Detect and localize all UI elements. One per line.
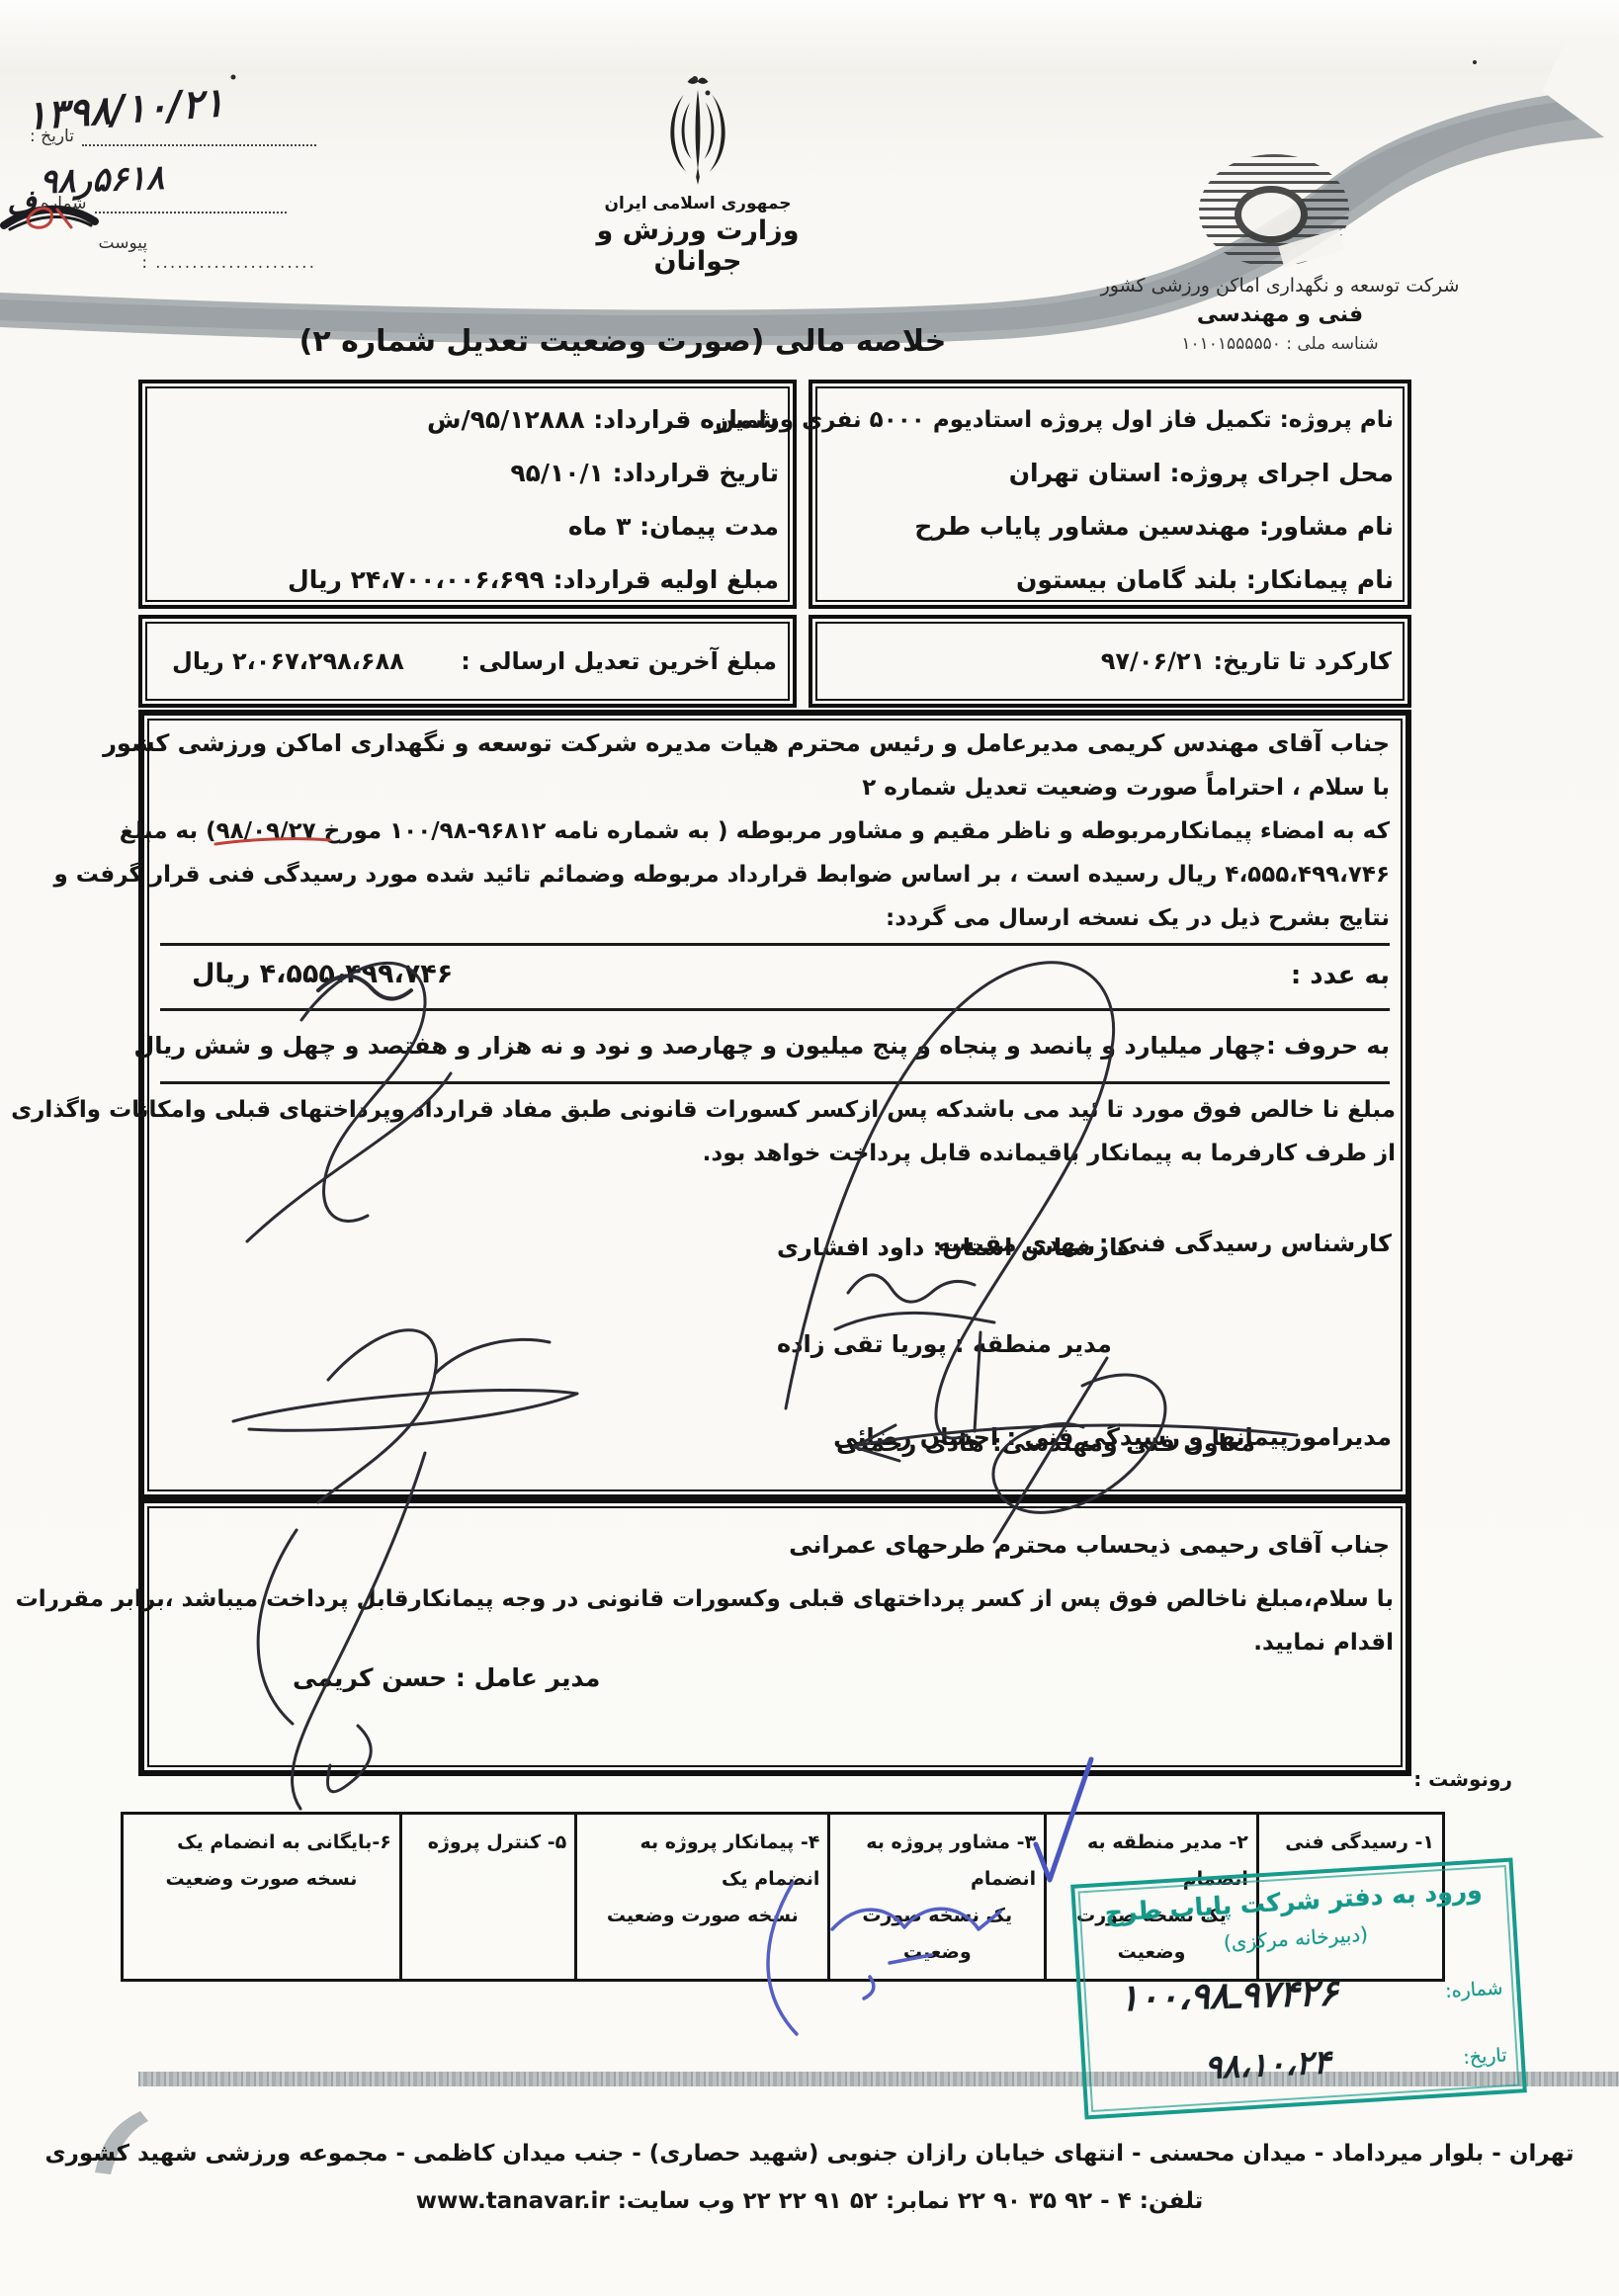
cc-item-line2: نسخه صورت وضعیت — [131, 1861, 391, 1898]
last-adjustment-value: ۲،۰۶۷،۲۹۸،۶۸۸ ریال — [172, 635, 404, 688]
separator-2 — [160, 1008, 1390, 1011]
handwritten-mark: ف — [4, 184, 40, 222]
entry-stamp: ورود به دفتر شرکت پایاب طرح (دبیرخانه مر… — [1070, 1858, 1527, 2120]
cc-item-line1: ۳- مشاور پروژه به انضمام — [838, 1825, 1036, 1898]
sig-label-province-expert: کارشناس استان: داود افشاری — [777, 1233, 1132, 1261]
note-line-2: از طرف کارفرما به پیمانکار باقیمانده قاب… — [703, 1141, 1396, 1166]
project-location: محل اجرای پروژه: استان تهران — [826, 447, 1394, 500]
company-name: شرکت توسعه و نگهداری اماکن ورزشی کشور — [1058, 275, 1502, 297]
footer-contacts: تلفن: ۴ - ۹۲ ۳۵ ۹۰ ۲۲ نمابر: ۵۲ ۹۱ ۲۲ ۲۲… — [0, 2188, 1619, 2214]
consultant-name: نام مشاور: مهندسین مشاور پایاب طرح — [826, 500, 1394, 553]
company-logo-icon — [1199, 154, 1349, 267]
body-line-5: نتایج بشرح ذیل در یک نسخه ارسال می گردد: — [886, 905, 1390, 931]
salutation: جناب آقای مهندس کریمی مدیرعامل و رئیس مح… — [103, 729, 1390, 757]
company-dept: فنی و مهندسی — [1058, 302, 1502, 327]
company-logo-hole — [1235, 186, 1308, 243]
attachment-dots: ...................... — [155, 253, 316, 273]
payment-note-1: با سلام،مبلغ ناخالص فوق پس از کسر پرداخت… — [16, 1586, 1394, 1612]
attachment-field: ...................... پیوست : — [104, 233, 316, 273]
amount-words: به حروف :چهار میلیارد و پانصد و پنجاه و … — [133, 1032, 1390, 1060]
contract-date: تاریخ قرارداد: ۹۵/۱۰/۱ — [156, 447, 779, 500]
worked-until: کارکرد تا تاریخ: ۹۷/۰۶/۲۱ — [1101, 635, 1392, 688]
footer-address: تهران - بلوار میرداماد - میدان محسنی - ا… — [0, 2141, 1619, 2167]
body-box: جناب آقای مهندس کریمی مدیرعامل و رئیس مح… — [138, 710, 1411, 1500]
cc-item-5: ۵- کنترل پروژه — [399, 1815, 574, 1979]
stamp-number-label: شماره: — [1445, 1977, 1503, 2002]
addressee-line: جناب آقای رحیمی ذیحساب محترم طرحهای عمرا… — [789, 1531, 1390, 1559]
contract-initial-amount: مبلغ اولیه قرارداد: ۲۴،۷۰۰،۰۰۶،۶۹۹ ریال — [156, 553, 779, 607]
worked-until-box: کارکرد تا تاریخ: ۹۷/۰۶/۲۱ — [809, 615, 1411, 708]
contract-info-box: شماره قرارداد: ۹۵/۱۲۸۸۸/ش تاریخ قرارداد:… — [138, 380, 797, 609]
stamp-date-label: تاریخ: — [1463, 2044, 1507, 2069]
ceo-signature-label: مدیر عامل : حسن کریمی — [293, 1663, 600, 1692]
body-line-3: که به امضاء پیمانکارمربوطه و ناظر مقیم و… — [120, 818, 1390, 844]
handwritten-number: ۵۶۱۸ر۹۸ — [39, 158, 164, 202]
scanned-letter-page: تاریخ : ۱۳۹۸/۱۰/۲۱ شماره : ۵۶۱۸ر۹۸ ف ...… — [0, 0, 1619, 2296]
stamp-date-value: ۹۸،۱۰،۲۴ — [1204, 2042, 1331, 2086]
last-adjustment-label: مبلغ آخرین تعدیل ارسالی : — [461, 635, 777, 688]
contract-number: شماره قرارداد: ۹۵/۱۲۸۸۸/ش — [156, 393, 779, 447]
page-title: خلاصه مالی (صورت وضعیت تعدیل شماره ۲) — [287, 324, 959, 359]
ministry-title: وزارت ورزش و جوانان — [550, 215, 846, 277]
cc-item-line1: ۵- کنترل پروژه — [410, 1825, 566, 1861]
company-national-id: شناسه ملی : ۱۰۱۰۱۵۵۵۵۵۰ — [1058, 334, 1502, 354]
separator-1 — [160, 943, 1390, 946]
cc-label: رونوشت : — [1404, 1767, 1512, 1791]
note-line-1: مبلغ نا خالص فوق مورد تا ئید می باشدکه پ… — [11, 1097, 1396, 1123]
project-name: نام پروژه: تکمیل فاز اول پروژه استادیوم … — [826, 393, 1394, 447]
cc-item-6: ۶-بایگانی به انضمام یک نسخه صورت وضعیت — [124, 1815, 399, 1979]
cc-item-line1: ۶-بایگانی به انضمام یک — [131, 1825, 391, 1861]
cc-item-line1: ۴- پیمانکار پروژه به انضمام یک — [585, 1825, 819, 1898]
cc-item-line2: نسخه صورت وضعیت — [585, 1898, 819, 1934]
cc-item-4: ۴- پیمانکار پروژه به انضمام یک نسخه صورت… — [574, 1815, 827, 1979]
stamp-number-value: ۹۷۴۲۶ـ۱۰۰،۹۸ — [1119, 1971, 1339, 2019]
bottom-box: جناب آقای رحیمی ذیحساب محترم طرحهای عمرا… — [138, 1497, 1411, 1776]
emblem-caption: جمهوری اسلامی ایران — [550, 194, 846, 213]
amount-figures-value: ۴،۵۵۵،۴۹۹،۷۴۶ ریال — [192, 959, 453, 989]
payment-note-2: اقدام نمایید. — [1253, 1630, 1394, 1656]
number-dots — [95, 198, 288, 213]
amount-figures-label: به عدد : — [1291, 961, 1390, 990]
sig-label-contracts-manager: مدیرامورپیمانها و رسیدگی فنی : احسان رضا… — [833, 1423, 1392, 1451]
separator-3 — [160, 1081, 1390, 1084]
attachment-label: پیوست : — [99, 233, 148, 273]
contract-duration: مدت پیمان: ۳ ماه — [156, 500, 779, 553]
letterhead-center: جمهوری اسلامی ایران وزارت ورزش و جوانان — [550, 71, 846, 277]
cc-item-line2: یک نسخه صورت وضعیت — [838, 1898, 1036, 1971]
last-adjustment-box: مبلغ آخرین تعدیل ارسالی : ۲،۰۶۷،۲۹۸،۶۸۸ … — [138, 615, 797, 708]
sig-label-region-manager: مدیر منطقه : پوریا تقی زاده — [777, 1330, 1112, 1358]
iran-emblem-icon — [659, 71, 736, 192]
cc-item-line1: ۱- رسیدگی فنی — [1267, 1825, 1434, 1861]
body-line-4: ۴،۵۵۵،۴۹۹،۷۴۶ ریال رسیده است ، بر اساس ض… — [54, 862, 1391, 888]
contractor-name: نام پیمانکار: بلند گامان بیستون — [826, 553, 1394, 607]
project-info-box: نام پروژه: تکمیل فاز اول پروژه استادیوم … — [809, 380, 1411, 609]
cc-item-3: ۳- مشاور پروژه به انضمام یک نسخه صورت وض… — [827, 1815, 1044, 1979]
body-line-2: با سلام ، احتراماً صورت وضعیت تعدیل شمار… — [862, 775, 1390, 801]
